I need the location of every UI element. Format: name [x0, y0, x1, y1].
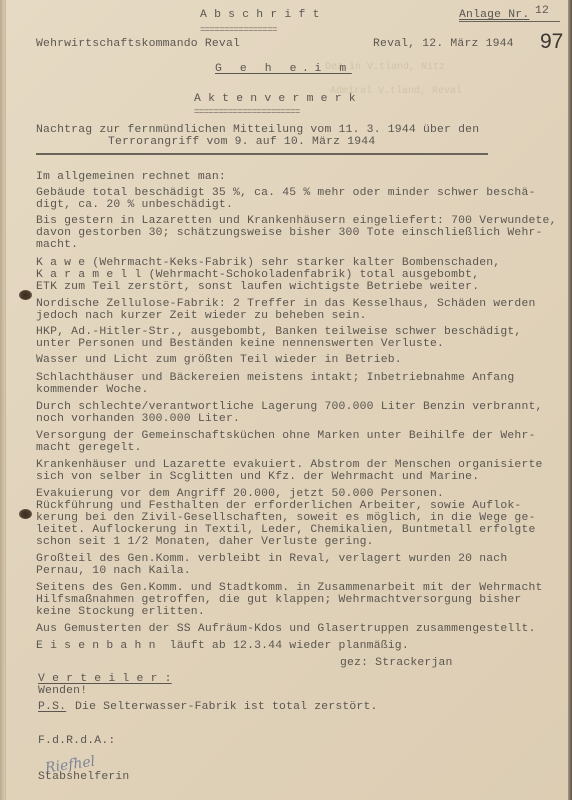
postscript-text: Die Selterwasser-Fabrik ist total zerstö… — [75, 701, 378, 714]
paragraph-line: Durch schlechte/verantwortliche Lagerung… — [36, 401, 543, 414]
paragraph-line: Pernau, 10 nach Kaila. — [36, 565, 191, 578]
paragraph-line: macht. — [36, 239, 78, 252]
paragraph-line: E i s e n b a h n läuft ab 12.3.44 wiede… — [36, 640, 409, 653]
classification-period: . — [302, 63, 309, 76]
paragraph-line: Bis gestern in Lazaretten und Krankenhäu… — [36, 215, 557, 228]
paragraph-line: macht geregelt. — [36, 442, 142, 455]
signatory-role: Stabshelferin — [38, 771, 129, 784]
intro-text: Im allgemeinen rechnet man: — [36, 171, 226, 184]
distribution-label: V e r t e i l e r : — [38, 673, 172, 686]
paragraph-line: Gebäude total beschädigt 35 %, ca. 45 % … — [36, 187, 536, 200]
paragraph-line: sich von selber in Scglitten und Kfz. de… — [36, 471, 479, 484]
paragraph-line: kommender Woche. — [36, 384, 149, 397]
paragraph-line: Evakuierung vor dem Angriff 20.000, jetz… — [36, 488, 444, 501]
subject-rule — [36, 153, 488, 155]
annex-underline — [459, 21, 560, 22]
paragraph-line: Schlachthäuser und Bäckereien meistens i… — [36, 372, 514, 385]
punch-hole — [19, 290, 32, 300]
paragraph-line: Versorgung der Gemeinschaftsküchen ohne … — [36, 430, 536, 443]
subject-line-2: Terrorangriff vom 9. auf 10. März 1944 — [108, 136, 375, 149]
classification-secret: G e h e i m — [215, 63, 352, 76]
signed-by: gez: Strackerjan — [340, 657, 453, 670]
annex-label: Anlage Nr. — [459, 9, 529, 22]
punch-hole — [19, 509, 32, 519]
sender-office: Wehrwirtschaftskommando Reval — [36, 38, 240, 51]
paragraph-line: Aus Gemusterten der SS Aufräum-Kdos und … — [36, 623, 536, 636]
subject-line-1: Nachtrag zur fernmündlichen Mitteilung v… — [36, 124, 479, 137]
paragraph-line: jedoch nach kurzer Zeit wieder zu behebe… — [36, 310, 367, 323]
paragraph-line: HKP, Ad.-Hitler-Str., ausgebombt, Banken… — [36, 326, 521, 339]
paragraph-line: schon seit 1 1/2 Monaten, daher Verluste… — [36, 536, 374, 549]
paragraph-line: Nordische Zellulose-Fabrik: 2 Treffer in… — [36, 298, 536, 311]
paragraph-line: unter Personen und Beständen keine nenne… — [36, 338, 444, 351]
paragraph-line: K a r a m e l l (Wehrmacht-Schokoladenfa… — [36, 269, 479, 282]
paragraph-line: K a w e (Wehrmacht-Keks-Fabrik) sehr sta… — [36, 257, 500, 270]
document-heading: A b s c h r i f t — [200, 9, 320, 22]
paragraph-line: digt, ca. 20 % unbeschädigt. — [36, 199, 233, 212]
paragraph-line: Hilfsmaßnahmen getroffen, die gut klappe… — [36, 594, 521, 607]
certification-label: F.d.R.d.A.: — [38, 735, 115, 748]
paragraph-line: Seitens des Gen.Komm. und Stadtkomm. in … — [36, 582, 543, 595]
turn-over-note: Wenden! — [38, 685, 87, 698]
paragraph-line: keine Stockung erlitten. — [36, 606, 205, 619]
page-binding-edge — [0, 0, 6, 800]
place-and-date: Reval, 12. März 1944 — [373, 38, 514, 51]
paragraph-line: ETK zum Teil zerstört, sonst laufen wich… — [36, 281, 479, 294]
paragraph-line: Großteil des Gen.Komm. verbleibt in Reva… — [36, 553, 507, 566]
doc-type-double-underline: ====================== — [194, 108, 300, 116]
document-type: A k t e n v e r m e r k — [194, 93, 356, 106]
paragraph-line: davon gestorben 30; schätzungsweise bish… — [36, 227, 543, 240]
paragraph-line: Krankenhäuser und Lazarette evakuiert. A… — [36, 459, 543, 472]
heading-double-underline: ================ — [200, 26, 277, 34]
paragraph-line: Wasser und Licht zum größten Teil wieder… — [36, 354, 402, 367]
document-page: Dez in V.tland, Nitz Admiral V.tland, Re… — [0, 0, 572, 800]
annex-number: 12 — [535, 5, 549, 18]
postscript-label: P.S. — [38, 701, 66, 714]
paragraph-line: leitet. Auflockerung in Textil, Leder, C… — [36, 524, 536, 537]
page-number: 97 — [540, 30, 563, 54]
paragraph-line: kerung bei den Zivil-Gesellschaften, sow… — [36, 512, 536, 525]
paragraph-line: noch vorhanden 300.000 Liter. — [36, 413, 240, 426]
page-right-edge — [568, 0, 572, 800]
paragraph-line: Rückführung und Festhalten der erforderl… — [36, 500, 521, 513]
